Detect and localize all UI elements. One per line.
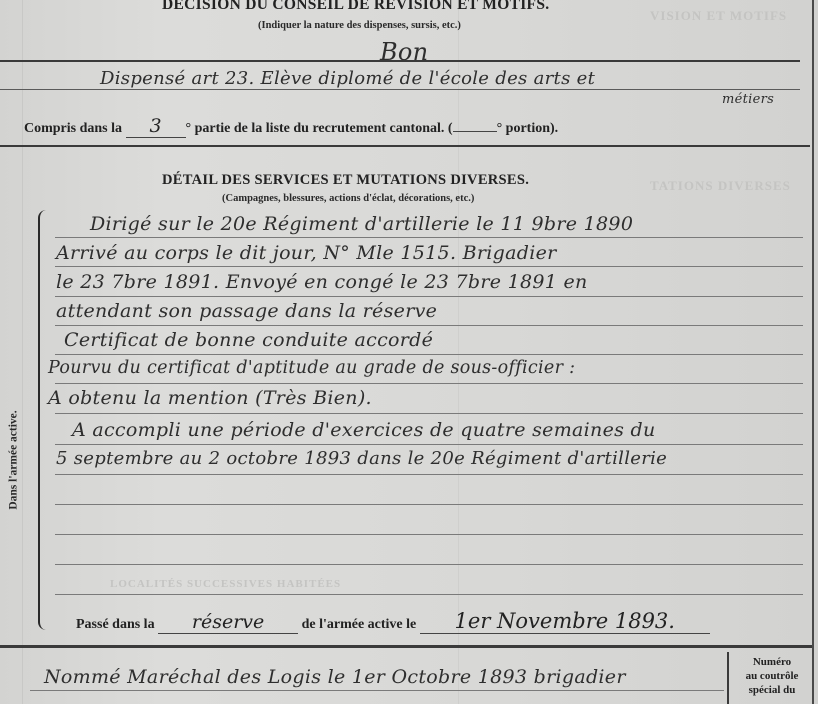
rule-line [55, 534, 803, 535]
rule-line [55, 266, 803, 267]
service-entry: Pourvu du certificat d'aptitude au grade… [48, 358, 575, 378]
service-entry: A accompli une période d'exercices de qu… [72, 419, 656, 441]
box-line: Numéro [734, 655, 810, 669]
recruitment-portion-field [453, 131, 497, 132]
revision-subtitle: (Indiquer la nature des dispenses, sursi… [258, 20, 461, 31]
rule-line [0, 89, 800, 90]
reserve-date-field: 1er Novembre 1893. [420, 609, 710, 634]
rule-line [55, 413, 803, 414]
rule-line [55, 594, 803, 595]
reserve-prefix: Passé dans la [76, 617, 155, 632]
rule-line [55, 474, 803, 475]
section-divider [0, 645, 812, 648]
side-box-divider [727, 652, 729, 704]
rule-line [55, 354, 803, 355]
rule-line [55, 564, 803, 565]
service-entry: A obtenu la mention (Très Bien). [48, 387, 372, 409]
control-number-box: Numéro au coutrôle spécial du [734, 655, 810, 697]
box-line: au coutrôle [734, 669, 810, 683]
side-label-active-army: Dans l'armée active. [2, 340, 26, 580]
section-divider [0, 145, 810, 147]
rule-line [55, 383, 803, 384]
fold-rule [458, 0, 459, 704]
handwritten-promotion: Nommé Maréchal des Logis le 1er Octobre … [44, 666, 626, 688]
rule-line [30, 690, 724, 691]
struck-word: brigadier [534, 666, 626, 688]
bleed-text: TATIONS DIVERSES [650, 178, 791, 194]
recruitment-part-field: 3 [126, 115, 186, 138]
promotion-text: Nommé Maréchal des Logis le 1er Octobre … [44, 666, 527, 688]
active-army-bracket [38, 210, 48, 630]
bleed-text: LOCALITÉS SUCCESSIVES HABITÉES [110, 578, 341, 590]
service-entry: attendant son passage dans la réserve [56, 300, 437, 322]
service-entry: Arrivé au corps le dit jour, N° Mle 1515… [56, 242, 557, 264]
revision-title: DÉCISION DU CONSEIL DE RÉVISION ET MOTIF… [162, 0, 549, 14]
recruitment-line: Compris dans la 3° partie de la liste du… [24, 115, 558, 138]
services-subtitle: (Campagnes, blessures, actions d'éclat, … [222, 193, 474, 204]
rule-line [55, 325, 803, 326]
rule-line [55, 444, 803, 445]
reserve-line: Passé dans la réserve de l'armée active … [76, 609, 710, 634]
handwritten-motif-continued: métiers [722, 92, 774, 107]
handwritten-motif: Dispensé art 23. Elève diplomé de l'écol… [100, 68, 595, 89]
box-line: spécial du [734, 683, 810, 697]
service-entry: le 23 7bre 1891. Envoyé en congé le 23 7… [56, 271, 588, 293]
services-title: DÉTAIL DES SERVICES ET MUTATIONS DIVERSE… [162, 172, 529, 189]
page-right-border [812, 0, 814, 704]
rule-line [55, 296, 803, 297]
rule-line [0, 60, 800, 62]
bleed-text: VISION ET MOTIFS [650, 8, 787, 24]
service-entry: Certificat de bonne conduite accordé [64, 329, 433, 351]
service-entry: 5 septembre au 2 octobre 1893 dans le 20… [56, 448, 667, 469]
rule-line [55, 504, 803, 505]
service-entry: Dirigé sur le 20e Régiment d'artillerie … [90, 213, 633, 235]
reserve-middle: de l'armée active le [302, 617, 417, 632]
register-page: VISION ET MOTIFS TATIONS DIVERSES LOCALI… [0, 0, 818, 704]
recruitment-prefix: Compris dans la [24, 121, 122, 136]
recruitment-suffix: ° portion). [497, 121, 559, 136]
reserve-field: réserve [158, 611, 298, 634]
recruitment-middle: ° partie de la liste du recrutement cant… [186, 121, 453, 136]
rule-line [55, 237, 803, 238]
